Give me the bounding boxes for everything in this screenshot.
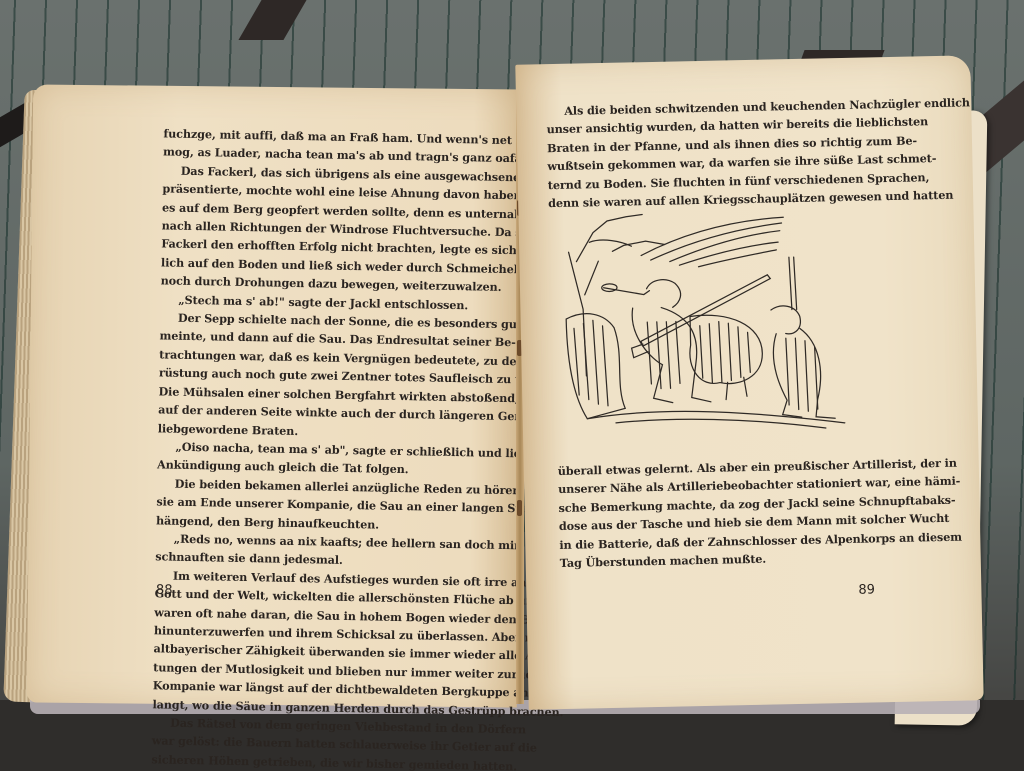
left-page-text: fuchzge, mit auffi, daß ma an Fraß ham. … [151,124,493,771]
soldiers-carrying-pig-drawing [554,198,864,444]
right-page-text-top: Als die beiden schwitzenden und keuchend… [546,94,918,212]
camo-splinter [238,0,306,40]
left-page: fuchzge, mit auffi, daß ma an Fraß ham. … [27,84,523,707]
right-page-text-bottom: überall etwas gelernt. Als aber ein preu… [558,454,930,572]
binding-staple [517,500,522,516]
camo-splinter [0,103,25,147]
page-number-left: 88 [156,583,173,598]
pen-ink-illustration [554,198,864,444]
page-number-right: 89 [858,582,875,597]
right-page: Als die beiden schwitzenden und keuchend… [515,55,983,709]
